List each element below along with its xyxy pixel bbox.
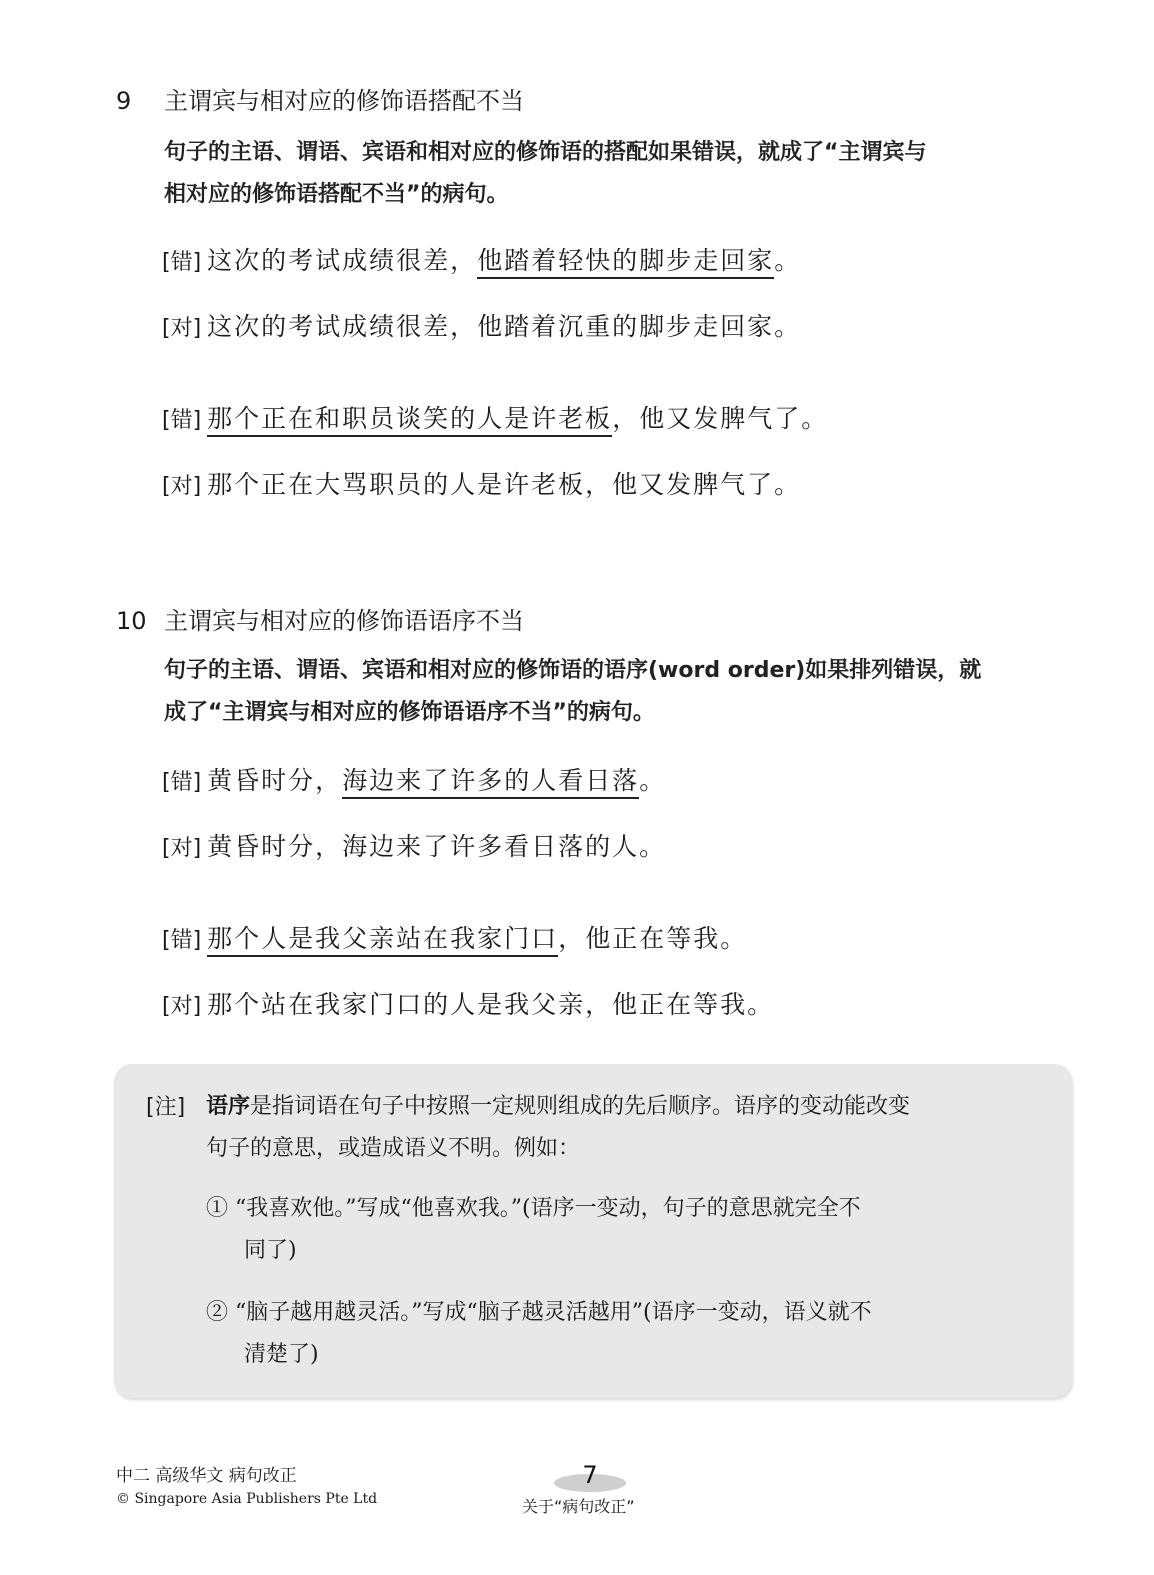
note-example-2: ② “脑子越用越灵活。”写成“脑子越灵活越用”(语序一变动，语义就不 清楚了) <box>206 1292 1046 1376</box>
example-text: 黄昏时分， <box>207 766 342 795</box>
example-wrong: [错]那个人是我父亲站在我家门口，他正在等我。 <box>162 922 747 958</box>
example-correct: [对]那个站在我家门口的人是我父亲，他正在等我。 <box>162 988 774 1024</box>
wrong-tag: [错] <box>162 408 201 433</box>
example-text: 那个站在我家门口的人是我父亲，他正在等我。 <box>207 990 774 1019</box>
example-text: ，他又发脾气了。 <box>612 404 828 433</box>
page-number-badge: 7 <box>548 1462 632 1492</box>
example-text: 。 <box>639 766 666 795</box>
correct-tag: [对] <box>162 474 201 499</box>
wrong-tag: [错] <box>162 250 201 275</box>
page-number: 7 <box>548 1462 632 1488</box>
section-9-heading: 9 主谓宾与相对应的修饰语搭配不当 <box>116 86 524 116</box>
example-correct: [对]黄昏时分，海边来了许多看日落的人。 <box>162 830 666 866</box>
underlined-error: 他踏着轻快的脚步走回家 <box>477 246 774 279</box>
note-example-text: “脑子越用越灵活。”写成“脑子越灵活越用”(语序一变动，语义就不 <box>235 1300 872 1325</box>
example-wrong: [错]那个正在和职员谈笑的人是许老板，他又发脾气了。 <box>162 402 828 438</box>
underlined-error: 那个人是我父亲站在我家门口 <box>207 924 558 957</box>
example-wrong: [错]黄昏时分，海边来了许多的人看日落。 <box>162 764 666 800</box>
example-correct: [对]那个正在大骂职员的人是许老板，他又发脾气了。 <box>162 468 801 504</box>
note-example-text: “我喜欢他。”写成“他喜欢我。”(语序一变动，句子的意思就完全不 <box>235 1196 861 1221</box>
description-line: 句子的主语、谓语、宾语和相对应的修饰语的语序(word order)如果排列错误… <box>164 650 1084 692</box>
section-9-description: 句子的主语、谓语、宾语和相对应的修饰语的搭配如果错误，就成了“主谓宾与 相对应的… <box>164 132 1084 216</box>
circled-number-2-icon: ② <box>206 1300 228 1325</box>
correct-tag: [对] <box>162 836 201 861</box>
underlined-error: 海边来了许多的人看日落 <box>342 766 639 799</box>
book-title: 中二 高级华文 病句改正 <box>116 1464 377 1488</box>
underlined-error: 那个正在和职员谈笑的人是许老板 <box>207 404 612 437</box>
description-line: 成了“主谓宾与相对应的修饰语语序不当”的病句。 <box>164 692 1084 734</box>
note-text: 是指词语在句子中按照一定规则组成的先后顺序。语序的变动能改变 <box>250 1094 910 1119</box>
note-example-1: ① “我喜欢他。”写成“他喜欢我。”(语序一变动，句子的意思就完全不 同了) <box>206 1188 1046 1272</box>
correct-tag: [对] <box>162 316 201 341</box>
section-10-description: 句子的主语、谓语、宾语和相对应的修饰语的语序(word order)如果排列错误… <box>164 650 1084 734</box>
circled-number-1-icon: ① <box>206 1196 228 1221</box>
description-line: 句子的主语、谓语、宾语和相对应的修饰语的搭配如果错误，就成了“主谓宾与 <box>164 132 1084 174</box>
wrong-tag: [错] <box>162 770 201 795</box>
example-text: 黄昏时分，海边来了许多看日落的人。 <box>207 832 666 861</box>
section-title: 主谓宾与相对应的修饰语语序不当 <box>164 606 524 636</box>
copyright: © Singapore Asia Publishers Pte Ltd <box>116 1488 377 1510</box>
example-correct: [对]这次的考试成绩很差，他踏着沉重的脚步走回家。 <box>162 310 801 346</box>
section-10-heading: 10 主谓宾与相对应的修饰语语序不当 <box>116 606 524 636</box>
correct-tag: [对] <box>162 994 201 1019</box>
example-text: 这次的考试成绩很差，他踏着沉重的脚步走回家。 <box>207 312 801 341</box>
footer-left: 中二 高级华文 病句改正 © Singapore Asia Publishers… <box>116 1464 377 1510</box>
example-text: 这次的考试成绩很差， <box>207 246 477 275</box>
note-text: 句子的意思，或造成语义不明。例如： <box>206 1128 1046 1170</box>
note-example-text: 清楚了) <box>206 1334 1046 1376</box>
example-text: 。 <box>774 246 801 275</box>
section-title: 主谓宾与相对应的修饰语搭配不当 <box>164 86 524 116</box>
note-tag: [注] <box>146 1092 185 1124</box>
example-text: ，他正在等我。 <box>558 924 747 953</box>
note-term: 语序 <box>206 1094 250 1119</box>
wrong-tag: [错] <box>162 928 201 953</box>
description-line: 相对应的修饰语搭配不当”的病句。 <box>164 174 1084 216</box>
note-example-text: 同了) <box>206 1230 1046 1272</box>
chapter-title: 关于“病句改正” <box>522 1496 635 1518</box>
example-text: 那个正在大骂职员的人是许老板，他又发脾气了。 <box>207 470 801 499</box>
section-number: 9 <box>116 86 164 116</box>
section-number: 10 <box>116 606 164 636</box>
example-wrong: [错]这次的考试成绩很差，他踏着轻快的脚步走回家。 <box>162 244 801 280</box>
note-definition: 语序是指词语在句子中按照一定规则组成的先后顺序。语序的变动能改变 句子的意思，或… <box>206 1086 1046 1170</box>
